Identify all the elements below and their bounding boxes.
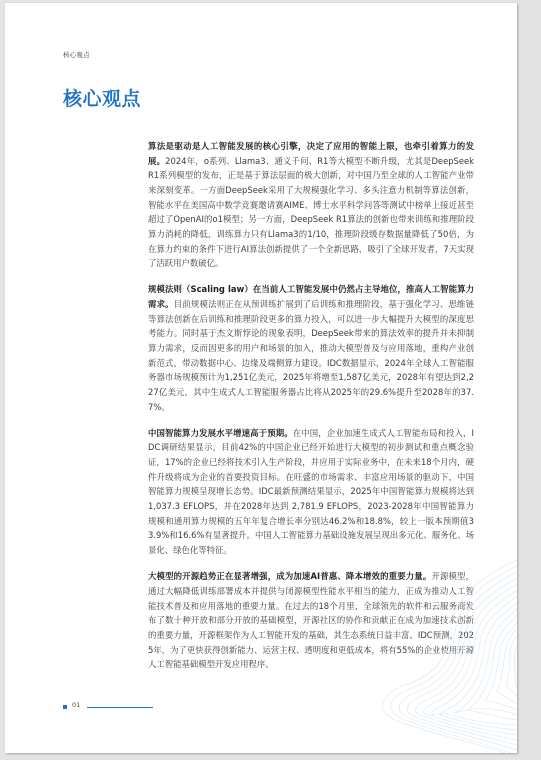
page-number: 01	[72, 701, 80, 709]
paragraph-scaling-law: 规模法则（Scaling law）在当前人工智能发展中仍然占主导地位，推高人工智…	[148, 282, 474, 414]
paragraph-china-compute: 中国智能算力发展水平增速高于预期。在中国，企业加速生成式人工智能布局和投入，ID…	[148, 426, 474, 558]
paragraph-body: 目前规模法则正在从预训练扩展到了后训练和推理阶段，基于强化学习、思维链等算法创新…	[148, 299, 474, 412]
document-page: 核心观点 核心观点 算法是驱动是人工智能发展的核心引擎，决定了应用的智能上限，也…	[5, 3, 517, 753]
footer-square-icon	[63, 705, 67, 709]
paragraph-body: 2024年，o系列、Llama3、通义千问、R1等大模型不断升级，尤其是Deep…	[148, 156, 474, 269]
paragraph-body: 在中国，企业加速生成式人工智能布局和投入，IDC调研结果显示，目前42%的中国企…	[148, 428, 474, 555]
decorative-contour-wave-icon	[375, 560, 517, 753]
page-title: 核心观点	[63, 84, 141, 111]
footer-divider	[87, 707, 153, 708]
paragraph-lead: 中国智能算力发展水平增速高于预期。	[148, 428, 293, 438]
paragraph-algorithm: 算法是驱动是人工智能发展的核心引擎，决定了应用的智能上限，也牵引着算力的发展。2…	[148, 139, 474, 271]
running-header: 核心观点	[63, 50, 90, 59]
